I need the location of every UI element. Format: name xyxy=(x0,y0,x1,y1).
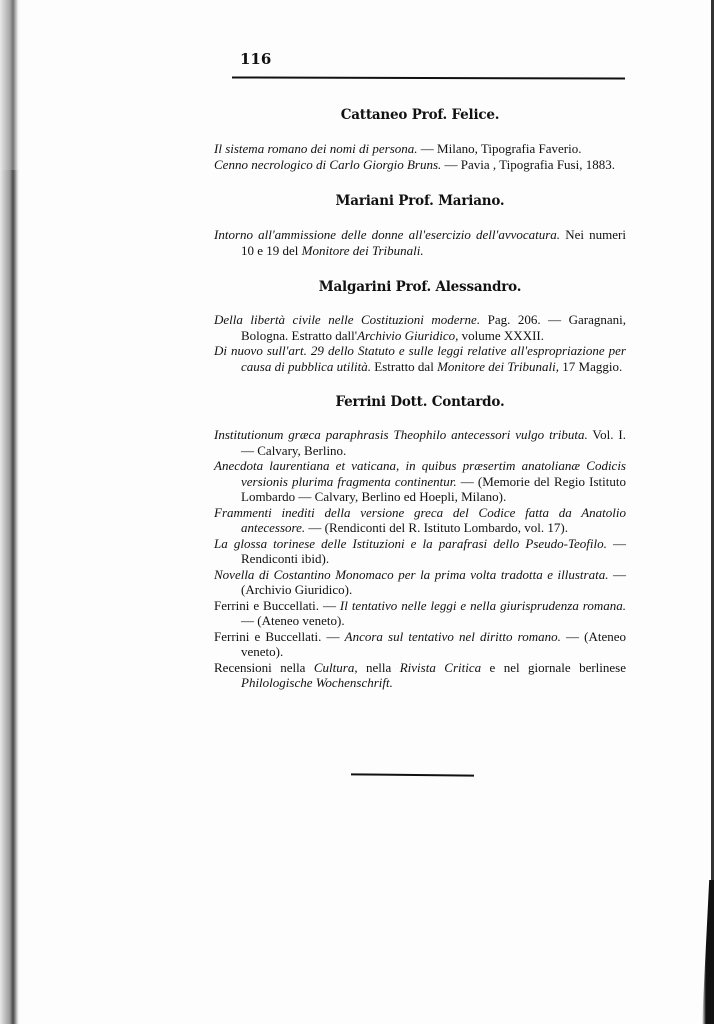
section-ferrini: Ferrini Dott. Contardo. Institutionum gr… xyxy=(214,394,626,691)
page-edge-shadow xyxy=(702,880,714,1024)
italic-title-text: Cultura, xyxy=(314,660,358,675)
bibliography-entry: La glossa torinese delle Istituzioni e l… xyxy=(214,536,626,567)
text-run: nella xyxy=(358,660,400,675)
page-number: 116 xyxy=(240,50,271,68)
author-heading: Ferrini Dott. Contardo. xyxy=(214,394,626,410)
text-run: Ferrini e Buccellati. — xyxy=(214,598,340,613)
italic-title-text: Il tentativo nelle leggi e nella giurisp… xyxy=(340,598,626,613)
text-run: — (Ateneo veneto). xyxy=(241,613,345,628)
bibliography-entry: Institutionum græca paraphrasis Theophil… xyxy=(214,427,626,458)
text-run: e nel giornale berlinese xyxy=(481,660,626,675)
entry-list: Institutionum græca paraphrasis Theophil… xyxy=(214,427,626,691)
bibliography-entry: Intorno all'ammissione delle donne all'e… xyxy=(214,227,626,258)
text-run: volume XXXII. xyxy=(458,328,544,343)
bibliography-entry: Cenno necrologico di Carlo Giorgio Bruns… xyxy=(214,157,626,173)
author-heading: Mariani Prof. Mariano. xyxy=(214,193,626,209)
italic-title-text: Monitore dei Tribunali, xyxy=(437,359,559,374)
section-cattaneo: Cattaneo Prof. Felice. Il sistema romano… xyxy=(214,107,626,172)
header-rule xyxy=(232,76,625,79)
text-run: Ferrini e Buccellati. — xyxy=(214,629,345,644)
bibliography-entry: Ferrini e Buccellati. — Il tentativo nel… xyxy=(214,598,626,629)
italic-title-text: Novella di Costantino Monomaco per la pr… xyxy=(214,567,608,582)
italic-title-text: Archivio Giuridico, xyxy=(357,328,458,343)
bibliography-entry: Ferrini e Buccellati. — Ancora sul tenta… xyxy=(214,629,626,660)
author-heading: Malgarini Prof. Alessandro. xyxy=(214,279,626,295)
text-run: 17 Maggio. xyxy=(559,359,622,374)
bibliography: Cattaneo Prof. Felice. Il sistema romano… xyxy=(214,100,626,691)
text-run: Recensioni nella xyxy=(214,660,314,675)
italic-title-text: Monitore dei Tribunali. xyxy=(302,243,424,258)
bibliography-entry: Anecdota laurentiana et vaticana, in qui… xyxy=(214,458,626,505)
bibliography-entry: Novella di Costantino Monomaco per la pr… xyxy=(214,567,626,598)
text-run: — Pavia , Tipografia Fusi, 1883. xyxy=(441,157,615,172)
entry-list: Della libertà civile nelle Costituzioni … xyxy=(214,312,626,374)
italic-title-text: Institutionum græca paraphrasis Theophil… xyxy=(214,427,588,442)
italic-title-text: Intorno all'ammissione delle donne all'e… xyxy=(214,227,560,242)
end-rule xyxy=(351,773,474,776)
italic-title-text: Della libertà civile nelle Costituzioni … xyxy=(214,312,480,327)
text-run: — (Rendiconti del R. Istituto Lombardo, … xyxy=(305,520,568,535)
bibliography-entry: Di nuovo sull'art. 29 dello Statuto e su… xyxy=(214,343,626,374)
italic-title-text: Rivista Critica xyxy=(400,660,481,675)
bibliography-entry: Recensioni nella Cultura, nella Rivista … xyxy=(214,660,626,691)
entry-list: Il sistema romano dei nomi di persona. —… xyxy=(214,141,626,172)
italic-title-text: Philologische Wochenschrift. xyxy=(241,675,393,690)
author-heading: Cattaneo Prof. Felice. xyxy=(214,107,626,123)
text-run: Estratto dal xyxy=(371,359,437,374)
italic-title-text: Il sistema romano dei nomi di persona. xyxy=(214,141,418,156)
bibliography-entry: Il sistema romano dei nomi di persona. —… xyxy=(214,141,626,157)
italic-title-text: La glossa torinese delle Istituzioni e l… xyxy=(214,536,607,551)
section-malgarini: Malgarini Prof. Alessandro. Della libert… xyxy=(214,279,626,374)
entry-list: Intorno all'ammissione delle donne all'e… xyxy=(214,227,626,258)
text-run: — Milano, Tipografia Faverio. xyxy=(418,141,582,156)
bibliography-entry: Frammenti inediti della versione greca d… xyxy=(214,505,626,536)
bibliography-entry: Della libertà civile nelle Costituzioni … xyxy=(214,312,626,343)
italic-title-text: Ancora sul tentativo nel diritto romano. xyxy=(345,629,561,644)
book-binding-edge-lower xyxy=(0,170,20,1024)
italic-title-text: Cenno necrologico di Carlo Giorgio Bruns… xyxy=(214,157,441,172)
section-mariani: Mariani Prof. Mariano. Intorno all'ammis… xyxy=(214,193,626,258)
